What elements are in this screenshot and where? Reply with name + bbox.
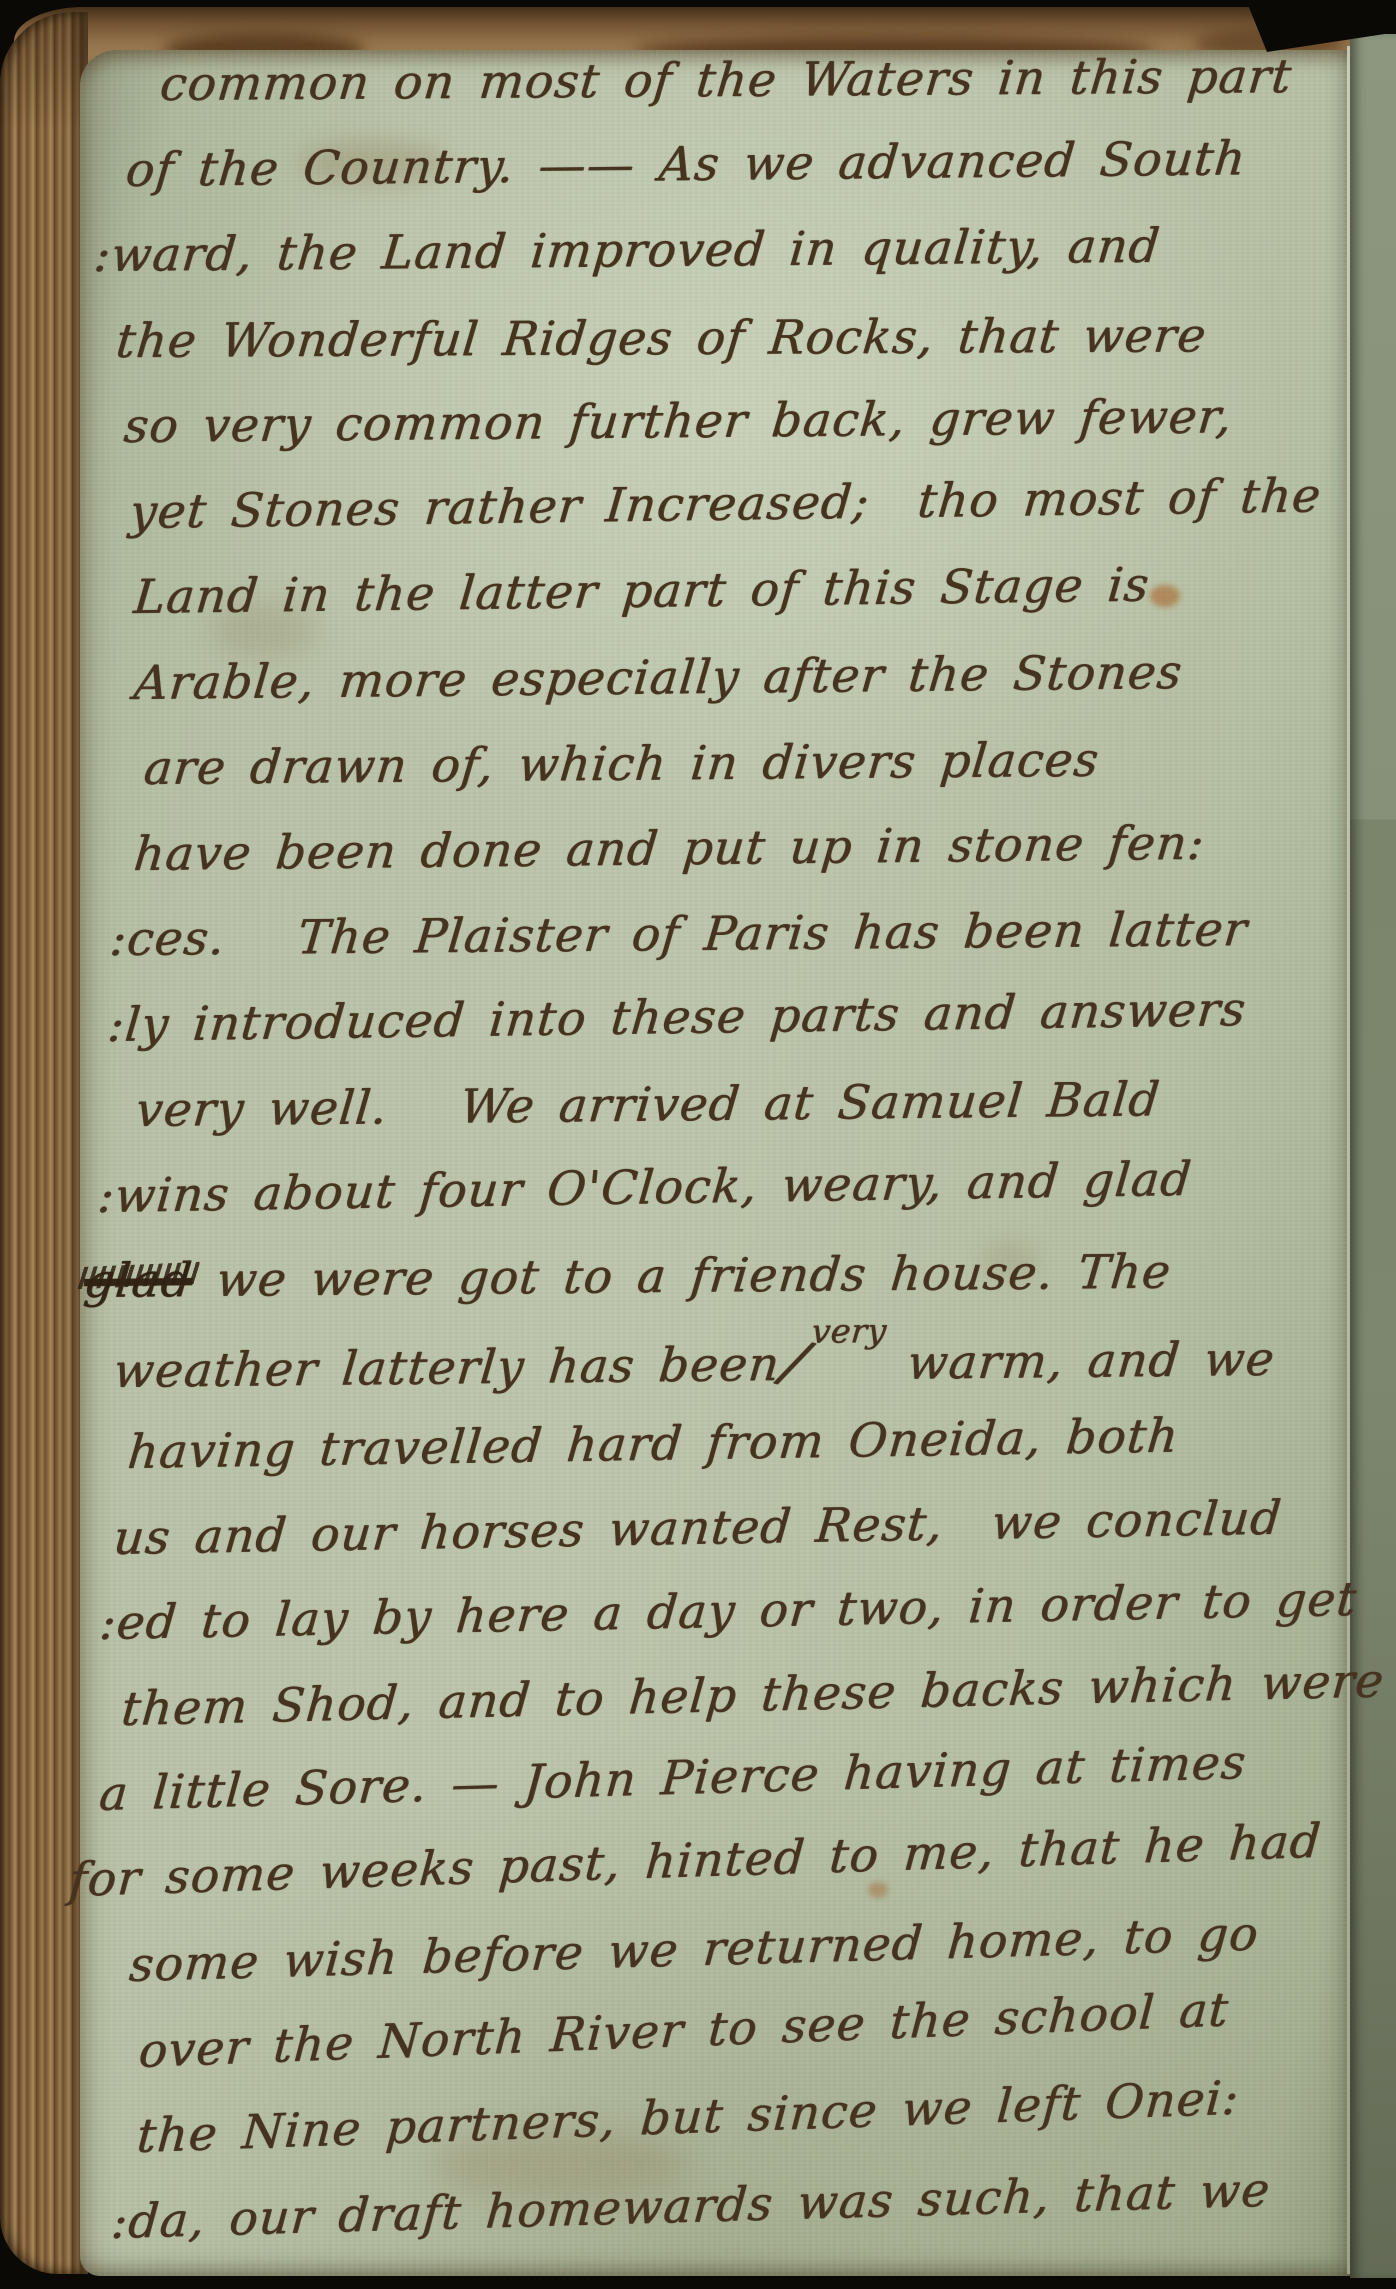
manuscript-line: Land in the latter part of this Stage is (130, 540, 1396, 641)
book-fore-edge-pages (0, 12, 88, 2274)
manuscript-line: have been done and put up in stone fen: (130, 798, 1396, 897)
manuscript-line: common on most of the Waters in this par… (156, 33, 1396, 127)
text-segment: :da, our draft homewards was such, that … (109, 2162, 1272, 2249)
scanned-book-page: common on most of the Waters in this par… (0, 0, 1396, 2289)
insert-segment: very (808, 1287, 891, 1373)
strike-segment: glad (80, 1238, 196, 1324)
text-segment: :wins about four O'Clock, weary, and gla… (95, 1151, 1194, 1223)
manuscript-line: the Wonderful Ridges of Rocks, that were (112, 292, 1396, 384)
text-segment: Arable, more especially after the Stones (131, 645, 1184, 711)
text-segment: so very common further back, grew fewer, (121, 389, 1235, 454)
text-segment: having travelled hard from Oneida, both (125, 1409, 1181, 1480)
text-segment: :ces. The Plaister of Paris has been lat… (107, 902, 1250, 967)
text-segment: :ly introduced into these parts and answ… (105, 982, 1248, 1053)
text-segment: the Wonderful Ridges of Rocks, that were (114, 308, 1210, 369)
manuscript-line: are drawn of, which in divers places (140, 715, 1396, 811)
text-segment: weather latterly has been (111, 1337, 782, 1399)
text-segment: are drawn of, which in divers places (141, 733, 1101, 796)
text-segment: we were got to a friends house. The (190, 1245, 1174, 1309)
manuscript-line: of the Country. —— As we advanced South (122, 114, 1396, 213)
manuscript-line: yet Stones rather Increased; tho most of… (126, 452, 1396, 555)
manuscript-line: :ward, the Land improved in quality, and (90, 202, 1396, 299)
text-segment: warm, and we (881, 1331, 1278, 1390)
text-segment: common on most of the Waters in this par… (158, 49, 1295, 112)
manuscript-line: :ly introduced into these parts and answ… (104, 965, 1396, 1068)
text-segment: of the Country. —— As we advanced South (123, 131, 1248, 198)
text-segment: Land in the latter part of this Stage is (131, 558, 1151, 625)
manuscript-line: glad we were got to a friends house. The (80, 1228, 1396, 1325)
text-segment: :ward, the Land improved in quality, and (91, 219, 1162, 283)
text-segment: very well. We arrived at Samuel Bald (133, 1072, 1162, 1138)
manuscript-line: Arable, more especially after the Stones (130, 627, 1396, 726)
text-segment: :ed to lay by here a day or two, in orde… (97, 1572, 1359, 1651)
manuscript-lines: common on most of the Waters in this par… (96, 42, 1388, 2265)
text-segment: us and our horses wanted Rest, we conclu… (111, 1490, 1284, 1565)
text-segment: have been done and put up in stone fen: (131, 815, 1207, 881)
text-segment: yet Stones rather Increased; tho most of… (127, 468, 1323, 540)
